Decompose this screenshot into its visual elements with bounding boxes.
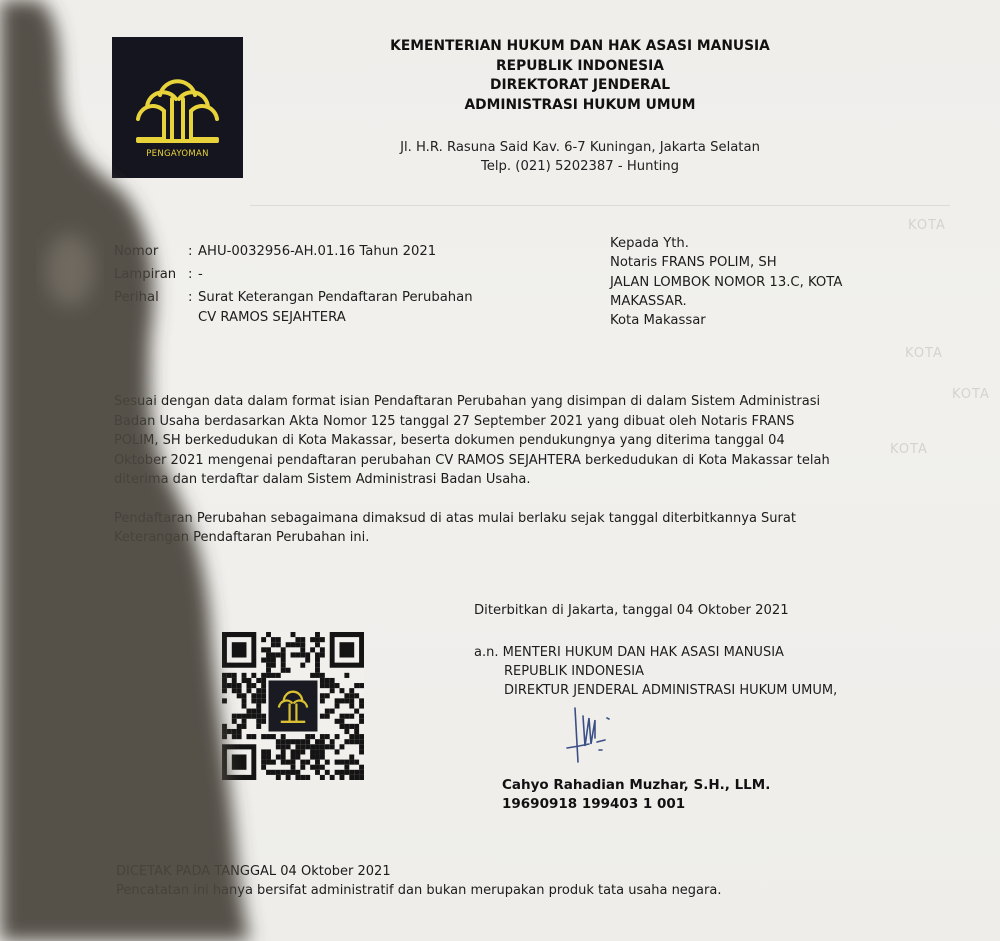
- official-block: Cahyo Rahadian Muzhar, S.H., LLM. 196909…: [502, 776, 770, 814]
- recipient-line: Notaris FRANS POLIM, SH: [610, 253, 842, 272]
- perihal-label: Perihal: [114, 286, 188, 328]
- recipient-line: MAKASSAR.: [610, 292, 842, 311]
- logo-caption: PENGAYOMAN: [112, 149, 243, 159]
- letterhead-line: REPUBLIK INDONESIA: [330, 57, 830, 77]
- separator: :: [188, 263, 198, 286]
- signatory-line: a.n. MENTERI HUKUM DAN HAK ASASI MANUSIA: [474, 643, 837, 662]
- meta-lampiran: Lampiran : -: [114, 263, 473, 286]
- official-nip: 19690918 199403 1 001: [502, 795, 770, 814]
- official-name: Cahyo Rahadian Muzhar, S.H., LLM.: [502, 776, 770, 795]
- lampiran-label: Lampiran: [114, 263, 188, 286]
- letterhead-line: KEMENTERIAN HUKUM DAN HAK ASASI MANUSIA: [330, 37, 830, 57]
- separator: :: [188, 240, 198, 263]
- perihal-line: CV RAMOS SEJAHTERA: [198, 308, 473, 328]
- nomor-value: AHU-0032956-AH.01.16 Tahun 2021: [198, 240, 436, 263]
- meta-nomor: Nomor : AHU-0032956-AH.01.16 Tahun 2021: [114, 240, 473, 263]
- letterhead-line: DIREKTORAT JENDERAL: [330, 76, 830, 96]
- letterhead: KEMENTERIAN HUKUM DAN HAK ASASI MANUSIA …: [330, 37, 830, 176]
- printed-date: DICETAK PADA TANGGAL 04 Oktober 2021: [116, 862, 721, 881]
- signatory-line: DIREKTUR JENDERAL ADMINISTRASI HUKUM UMU…: [474, 681, 837, 700]
- letterhead-line: ADMINISTRASI HUKUM UMUM: [330, 96, 830, 116]
- letterhead-address: Jl. H.R. Rasuna Said Kav. 6-7 Kuningan, …: [330, 138, 830, 157]
- recipient-line: Kepada Yth.: [610, 234, 842, 253]
- letterhead-phone: Telp. (021) 5202387 - Hunting: [330, 157, 830, 176]
- letter-meta: Nomor : AHU-0032956-AH.01.16 Tahun 2021 …: [114, 240, 473, 328]
- ghost-text: KOTA: [908, 218, 946, 233]
- perihal-line: Surat Keterangan Pendaftaran Perubahan: [198, 288, 473, 308]
- signatory-block: a.n. MENTERI HUKUM DAN HAK ASASI MANUSIA…: [474, 643, 837, 700]
- perihal-value: Surat Keterangan Pendaftaran Perubahan C…: [198, 286, 473, 328]
- ghost-text: KOTA: [952, 387, 990, 402]
- document-page: KOTA KOTA KOTA KOTA PENGAYOMAN KEMENTERI…: [0, 0, 1000, 941]
- body-paragraph: Pendaftaran Perubahan sebagaimana dimaks…: [114, 509, 934, 548]
- lampiran-value: -: [198, 263, 203, 286]
- letter-body: Sesuai dengan data dalam format isian Pe…: [114, 392, 934, 567]
- meta-perihal: Perihal : Surat Keterangan Pendaftaran P…: [114, 286, 473, 328]
- nomor-label: Nomor: [114, 240, 188, 263]
- header-divider: [250, 205, 950, 206]
- handwritten-signature-icon: [565, 706, 625, 770]
- signatory-line: REPUBLIK INDONESIA: [474, 662, 837, 681]
- ministry-logo: PENGAYOMAN: [112, 37, 243, 178]
- recipient-line: Kota Makassar: [610, 311, 842, 330]
- document-footer: DICETAK PADA TANGGAL 04 Oktober 2021 Pen…: [116, 862, 721, 900]
- ghost-text: KOTA: [905, 346, 943, 361]
- disclaimer: Pencatatan ini hanya bersifat administra…: [116, 881, 721, 900]
- recipient-line: JALAN LOMBOK NOMOR 13.C, KOTA: [610, 273, 842, 292]
- body-paragraph: Sesuai dengan data dalam format isian Pe…: [114, 392, 934, 490]
- qr-code-icon: [222, 632, 364, 780]
- issued-place-date: Diterbitkan di Jakarta, tanggal 04 Oktob…: [474, 603, 789, 618]
- recipient-block: Kepada Yth. Notaris FRANS POLIM, SH JALA…: [610, 234, 842, 330]
- separator: :: [188, 286, 198, 328]
